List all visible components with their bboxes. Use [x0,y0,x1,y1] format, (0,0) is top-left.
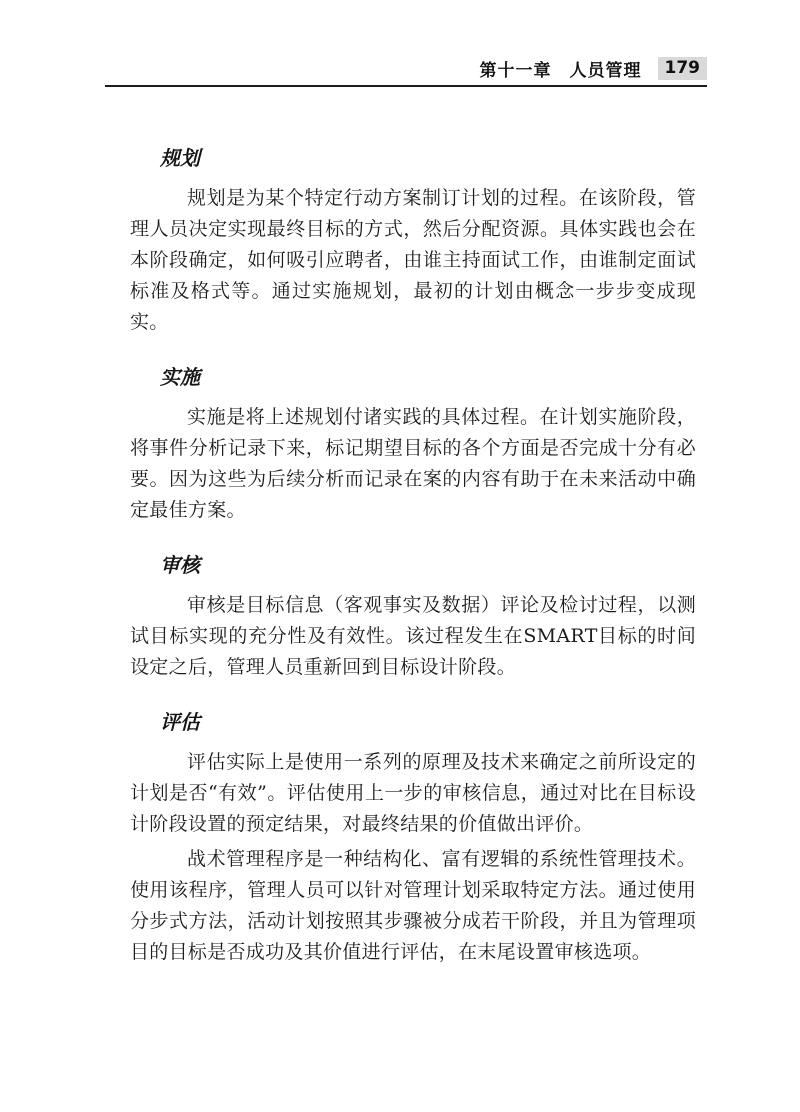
book-page: 第十一章 人员管理 179 规划 规划是为某个特定行动方案制订计划的过程。在该阶… [0,0,800,1112]
chapter-title: 第十一章 人员管理 [480,56,642,81]
section-heading-evaluation: 评估 [130,709,696,736]
section-heading-review: 审核 [130,552,696,579]
paragraph-review: 审核是目标信息（客观事实及数据）评论及检讨过程，以测试目标实现的充分性及有效性。… [130,590,696,683]
paragraph-planning: 规划是为某个特定行动方案制订计划的过程。在该阶段，管理人员决定实现最终目标的方式… [130,183,696,338]
running-header: 第十一章 人员管理 179 [480,56,708,81]
page-content: 规划 规划是为某个特定行动方案制订计划的过程。在该阶段，管理人员决定实现最终目标… [130,140,696,968]
section-heading-implementation: 实施 [130,364,696,391]
page-number-badge: 179 [658,57,708,80]
paragraph-tactical-management: 战术管理程序是一种结构化、富有逻辑的系统性管理技术。使用该程序，管理人员可以针对… [130,844,696,968]
header-rule [105,85,707,87]
paragraph-evaluation: 评估实际上是使用一系列的原理及技术来确定之前所设定的计划是否“有效”。评估使用上… [130,747,696,840]
paragraph-implementation: 实施是将上述规划付诸实践的具体过程。在计划实施阶段，将事件分析记录下来，标记期望… [130,402,696,526]
section-heading-planning: 规划 [130,145,696,172]
